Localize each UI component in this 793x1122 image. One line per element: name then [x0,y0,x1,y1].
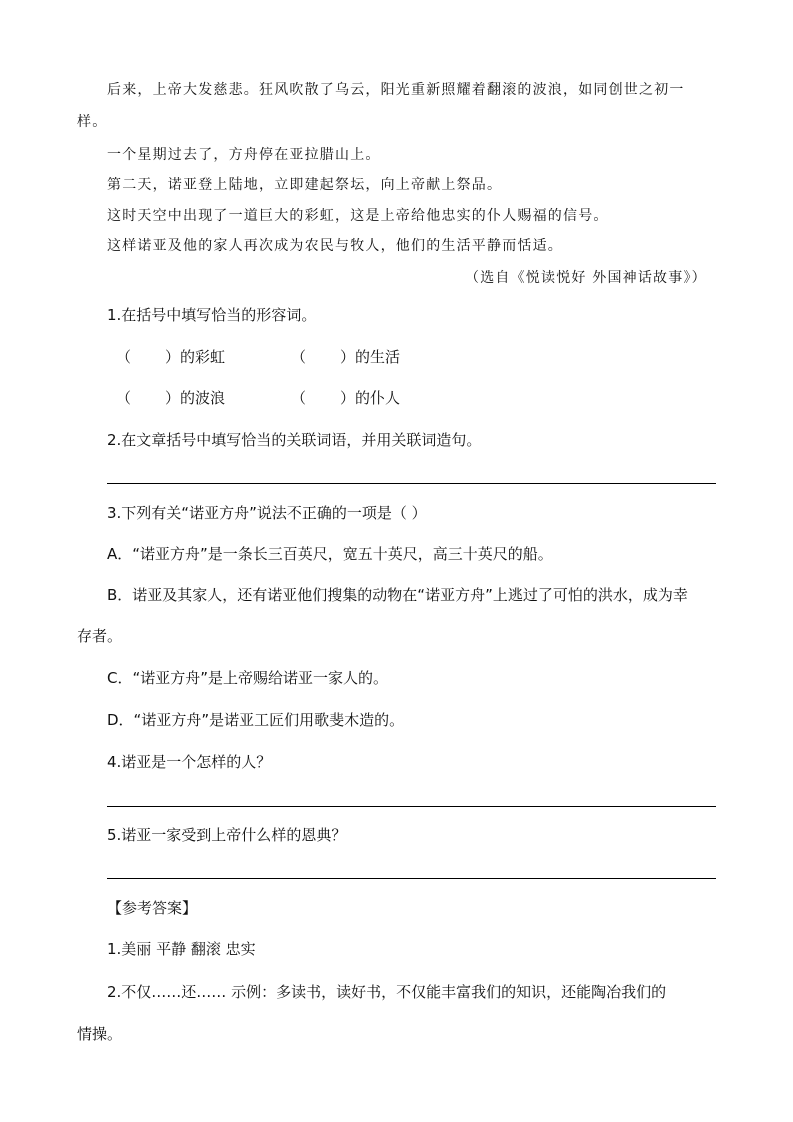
answer-1: 1.美丽 平静 翻滚 忠实 [107,939,256,959]
open-paren: （ [291,348,306,366]
story-paragraph-3: 第二天，诺亚登上陆地，立即建起祭坛，向上帝献上祭品。 [107,175,502,195]
q1-blank-waves[interactable]: （）的波浪 [116,388,225,408]
story-paragraph-5: 这样诺亚及他的家人再次成为农民与牧人，他们的生活平静而恬适。 [107,236,563,256]
question-2-prompt: 2.在文章括号中填写恰当的关联词语，并用关联词造句。 [107,430,481,450]
q1-blank-rainbow[interactable]: （）的彩虹 [116,347,225,367]
blank-suffix: 的彩虹 [180,348,225,366]
story-paragraph-1-line-2: 样。 [77,112,107,132]
open-paren: （ [116,389,131,407]
close-paren: ） [340,348,355,366]
q1-blank-life[interactable]: （）的生活 [291,347,400,367]
q3-option-c: C．“诺亚方舟”是上帝赐给诺亚一家人的。 [107,668,388,688]
close-paren: ） [165,348,180,366]
blank-suffix: 的波浪 [180,389,225,407]
close-paren: ） [165,389,180,407]
open-paren: （ [116,348,131,366]
q5-answer-line[interactable] [107,878,716,879]
blank-suffix: 的生活 [355,348,400,366]
open-paren: （ [291,389,306,407]
q3-option-a: A．“诺亚方舟”是一条长三百英尺，宽五十英尺，高三十英尺的船。 [107,544,553,564]
q2-answer-line[interactable] [107,483,716,484]
document-page: 后来，上帝大发慈悲。狂风吹散了乌云，阳光重新照耀着翻滚的波浪，如同创世之初一 样… [0,0,793,1122]
question-3-prompt: 3.下列有关“诺亚方舟”说法不正确的一项是（ ） [107,503,427,523]
question-1-prompt: 1.在括号中填写恰当的形容词。 [107,305,316,325]
answers-heading: 【参考答案】 [107,898,197,918]
q3-option-b-line-2: 存者。 [77,626,122,646]
story-paragraph-4: 这时天空中出现了一道巨大的彩虹，这是上帝给他忠实的仆人赐福的信号。 [107,206,609,226]
q4-answer-line[interactable] [107,806,716,807]
q3-option-d: D．“诺亚方舟”是诺亚工匠们用歌斐木造的。 [107,710,404,730]
q1-blank-servant[interactable]: （）的仆人 [291,388,400,408]
story-paragraph-1-line-1: 后来，上帝大发慈悲。狂风吹散了乌云，阳光重新照耀着翻滚的波浪，如同创世之初一 [107,80,685,100]
story-paragraph-2: 一个星期过去了，方舟停在亚拉腊山上。 [107,145,381,165]
q3-option-b-line-1: B．诺亚及其家人，还有诺亚他们搜集的动物在“诺亚方舟”上逃过了可怕的洪水，成为幸 [107,585,688,605]
answer-2-line-2: 情操。 [77,1024,122,1044]
close-paren: ） [340,389,355,407]
question-5-prompt: 5.诺亚一家受到上帝什么样的恩典？ [107,825,346,845]
story-source: （选自《悦读悦好 外国神话故事》） [465,268,707,288]
answer-2-line-1: 2.不仅……还…… 示例：多读书，读好书，不仅能丰富我们的知识，还能陶冶我们的 [107,982,666,1002]
blank-suffix: 的仆人 [355,389,400,407]
question-4-prompt: 4.诺亚是一个怎样的人？ [107,752,271,772]
